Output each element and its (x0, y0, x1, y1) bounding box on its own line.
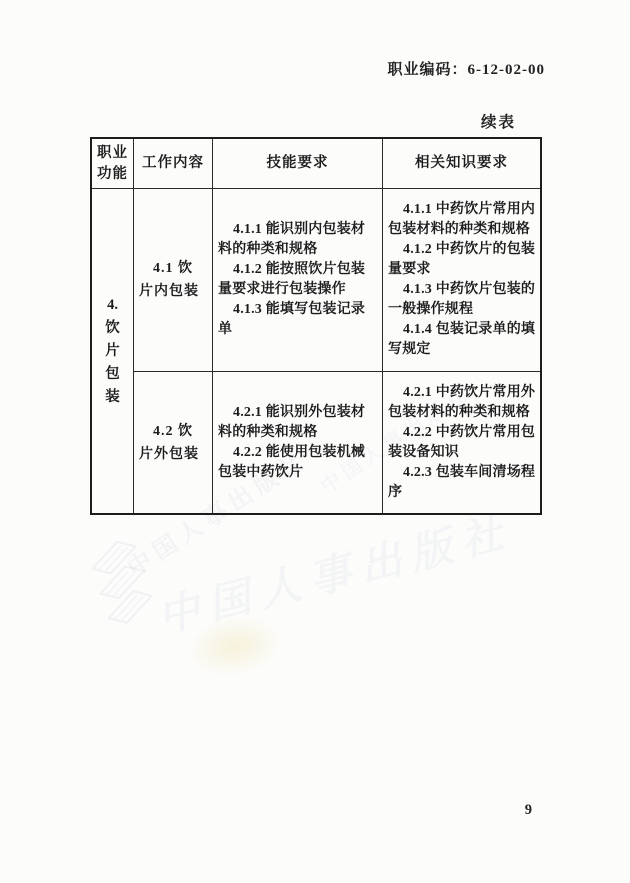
column-header-occupational-function: 职业功能 (92, 139, 134, 189)
occupational-standard-table: 职业功能 工作内容 技能要求 相关知识要求 4. 饮片包装 4.1 饮片内包装 … (90, 137, 542, 515)
document-page: { "page": { "occupation_code": "职业编码：6-1… (0, 0, 630, 883)
function-name: 饮片包装 (105, 317, 121, 409)
knowledge-item: 4.1.4 包装记录单的填写规定 (388, 320, 536, 360)
skill-item: 4.1.2 能按照饮片包装量要求进行包装操作 (218, 260, 378, 300)
skills-cell: 4.2.1 能识别外包装材料的种类和规格 4.2.2 能使用包装机械包装中药饮片 (213, 372, 383, 513)
column-header-skill-requirements: 技能要求 (213, 139, 383, 189)
work-content-cell: 4.1 饮片内包装 (134, 189, 213, 372)
skill-item: 4.1.1 能识别内包装材料的种类和规格 (218, 220, 378, 260)
continued-table-label: 续表 (481, 110, 516, 132)
page-number: 9 (525, 802, 532, 819)
knowledge-cell: 4.2.1 中药饮片常用外包装材料的种类和规格 4.2.2 中药饮片常用包装设备… (383, 372, 540, 513)
work-content-cell: 4.2 饮片外包装 (134, 372, 213, 513)
work-content-text: 4.1 饮片内包装 (139, 257, 207, 303)
function-number: 4. (107, 294, 118, 317)
column-header-work-content: 工作内容 (134, 139, 213, 189)
knowledge-item: 4.2.2 中药饮片常用包装设备知识 (388, 423, 536, 463)
knowledge-item: 4.1.3 中药饮片包装的一般操作规程 (388, 280, 536, 320)
knowledge-item: 4.1.2 中药饮片的包装量要求 (388, 240, 536, 280)
faded-seal-mark (180, 607, 289, 685)
skill-item: 4.2.1 能识别外包装材料的种类和规格 (218, 403, 378, 443)
skills-cell: 4.1.1 能识别内包装材料的种类和规格 4.1.2 能按照饮片包装量要求进行包… (213, 189, 383, 372)
skill-item: 4.2.2 能使用包装机械包装中药饮片 (218, 443, 378, 483)
publisher-watermark-script: 中国人事出版社 (150, 499, 518, 645)
knowledge-item: 4.1.1 中药饮片常用内包装材料的种类和规格 (388, 200, 536, 240)
publisher-watermark-logo-icon (77, 523, 168, 641)
knowledge-item: 4.2.1 中药饮片常用外包装材料的种类和规格 (388, 383, 536, 423)
column-header-knowledge-requirements: 相关知识要求 (383, 139, 540, 189)
knowledge-item: 4.2.3 包装车间清场程序 (388, 463, 536, 503)
work-content-text: 4.2 饮片外包装 (139, 420, 207, 466)
occupation-code: 职业编码：6-12-02-00 (388, 58, 546, 79)
skill-item: 4.1.3 能填写包装记录单 (218, 300, 378, 340)
knowledge-cell: 4.1.1 中药饮片常用内包装材料的种类和规格 4.1.2 中药饮片的包装量要求… (383, 189, 540, 372)
function-cell: 4. 饮片包装 (92, 189, 134, 513)
